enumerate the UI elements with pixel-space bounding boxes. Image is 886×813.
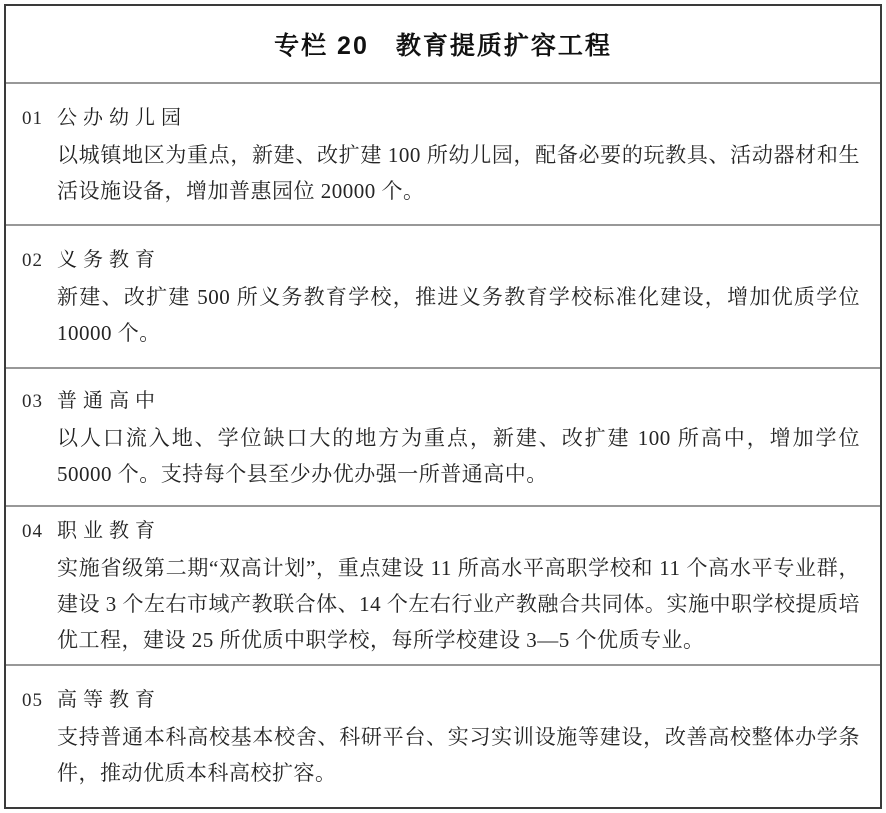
section-regular-high-school: 03 普通高中 以人口流入地、学位缺口大的地方为重点，新建、改扩建 100 所高… xyxy=(6,367,880,505)
section-title: 公办幼儿园 xyxy=(57,100,187,136)
section-body: 以人口流入地、学位缺口大的地方为重点，新建、改扩建 100 所高中，增加学位 5… xyxy=(57,420,860,492)
section-public-kindergarten: 01 公办幼儿园 以城镇地区为重点，新建、改扩建 100 所幼儿园，配备必要的玩… xyxy=(6,82,880,224)
section-number: 04 xyxy=(22,514,57,550)
section-body: 支持普通本科高校基本校舍、科研平台、实习实训设施等建设，改善高校整体办学条件，推… xyxy=(57,719,860,791)
section-higher-education: 05 高等教育 支持普通本科高校基本校舍、科研平台、实习实训设施等建设，改善高校… xyxy=(6,664,880,807)
column-box: 专栏 20 教育提质扩容工程 01 公办幼儿园 以城镇地区为重点，新建、改扩建 … xyxy=(4,4,882,809)
section-title: 高等教育 xyxy=(57,682,161,718)
section-title: 职业教育 xyxy=(57,513,161,549)
section-heading-row: 04 职业教育 xyxy=(22,513,860,550)
box-title: 专栏 20 教育提质扩容工程 xyxy=(274,26,612,62)
section-number: 01 xyxy=(22,101,57,137)
box-header: 专栏 20 教育提质扩容工程 xyxy=(6,6,880,82)
section-number: 02 xyxy=(22,243,57,279)
section-heading-row: 01 公办幼儿园 xyxy=(22,100,860,137)
section-heading-row: 02 义务教育 xyxy=(22,242,860,279)
section-body: 新建、改扩建 500 所义务教育学校，推进义务教育学校标准化建设，增加优质学位 … xyxy=(57,279,860,351)
section-title: 普通高中 xyxy=(57,383,161,419)
section-title: 义务教育 xyxy=(57,242,161,278)
document-page: 专栏 20 教育提质扩容工程 01 公办幼儿园 以城镇地区为重点，新建、改扩建 … xyxy=(0,0,886,813)
section-heading-row: 03 普通高中 xyxy=(22,383,860,420)
section-number: 05 xyxy=(22,683,57,719)
section-heading-row: 05 高等教育 xyxy=(22,682,860,719)
section-vocational-education: 04 职业教育 实施省级第二期“双高计划”，重点建设 11 所高水平高职学校和 … xyxy=(6,505,880,664)
section-number: 03 xyxy=(22,384,57,420)
section-body: 实施省级第二期“双高计划”，重点建设 11 所高水平高职学校和 11 个高水平专… xyxy=(57,550,860,658)
section-body: 以城镇地区为重点，新建、改扩建 100 所幼儿园，配备必要的玩教具、活动器材和生… xyxy=(57,137,860,209)
section-compulsory-education: 02 义务教育 新建、改扩建 500 所义务教育学校，推进义务教育学校标准化建设… xyxy=(6,224,880,367)
